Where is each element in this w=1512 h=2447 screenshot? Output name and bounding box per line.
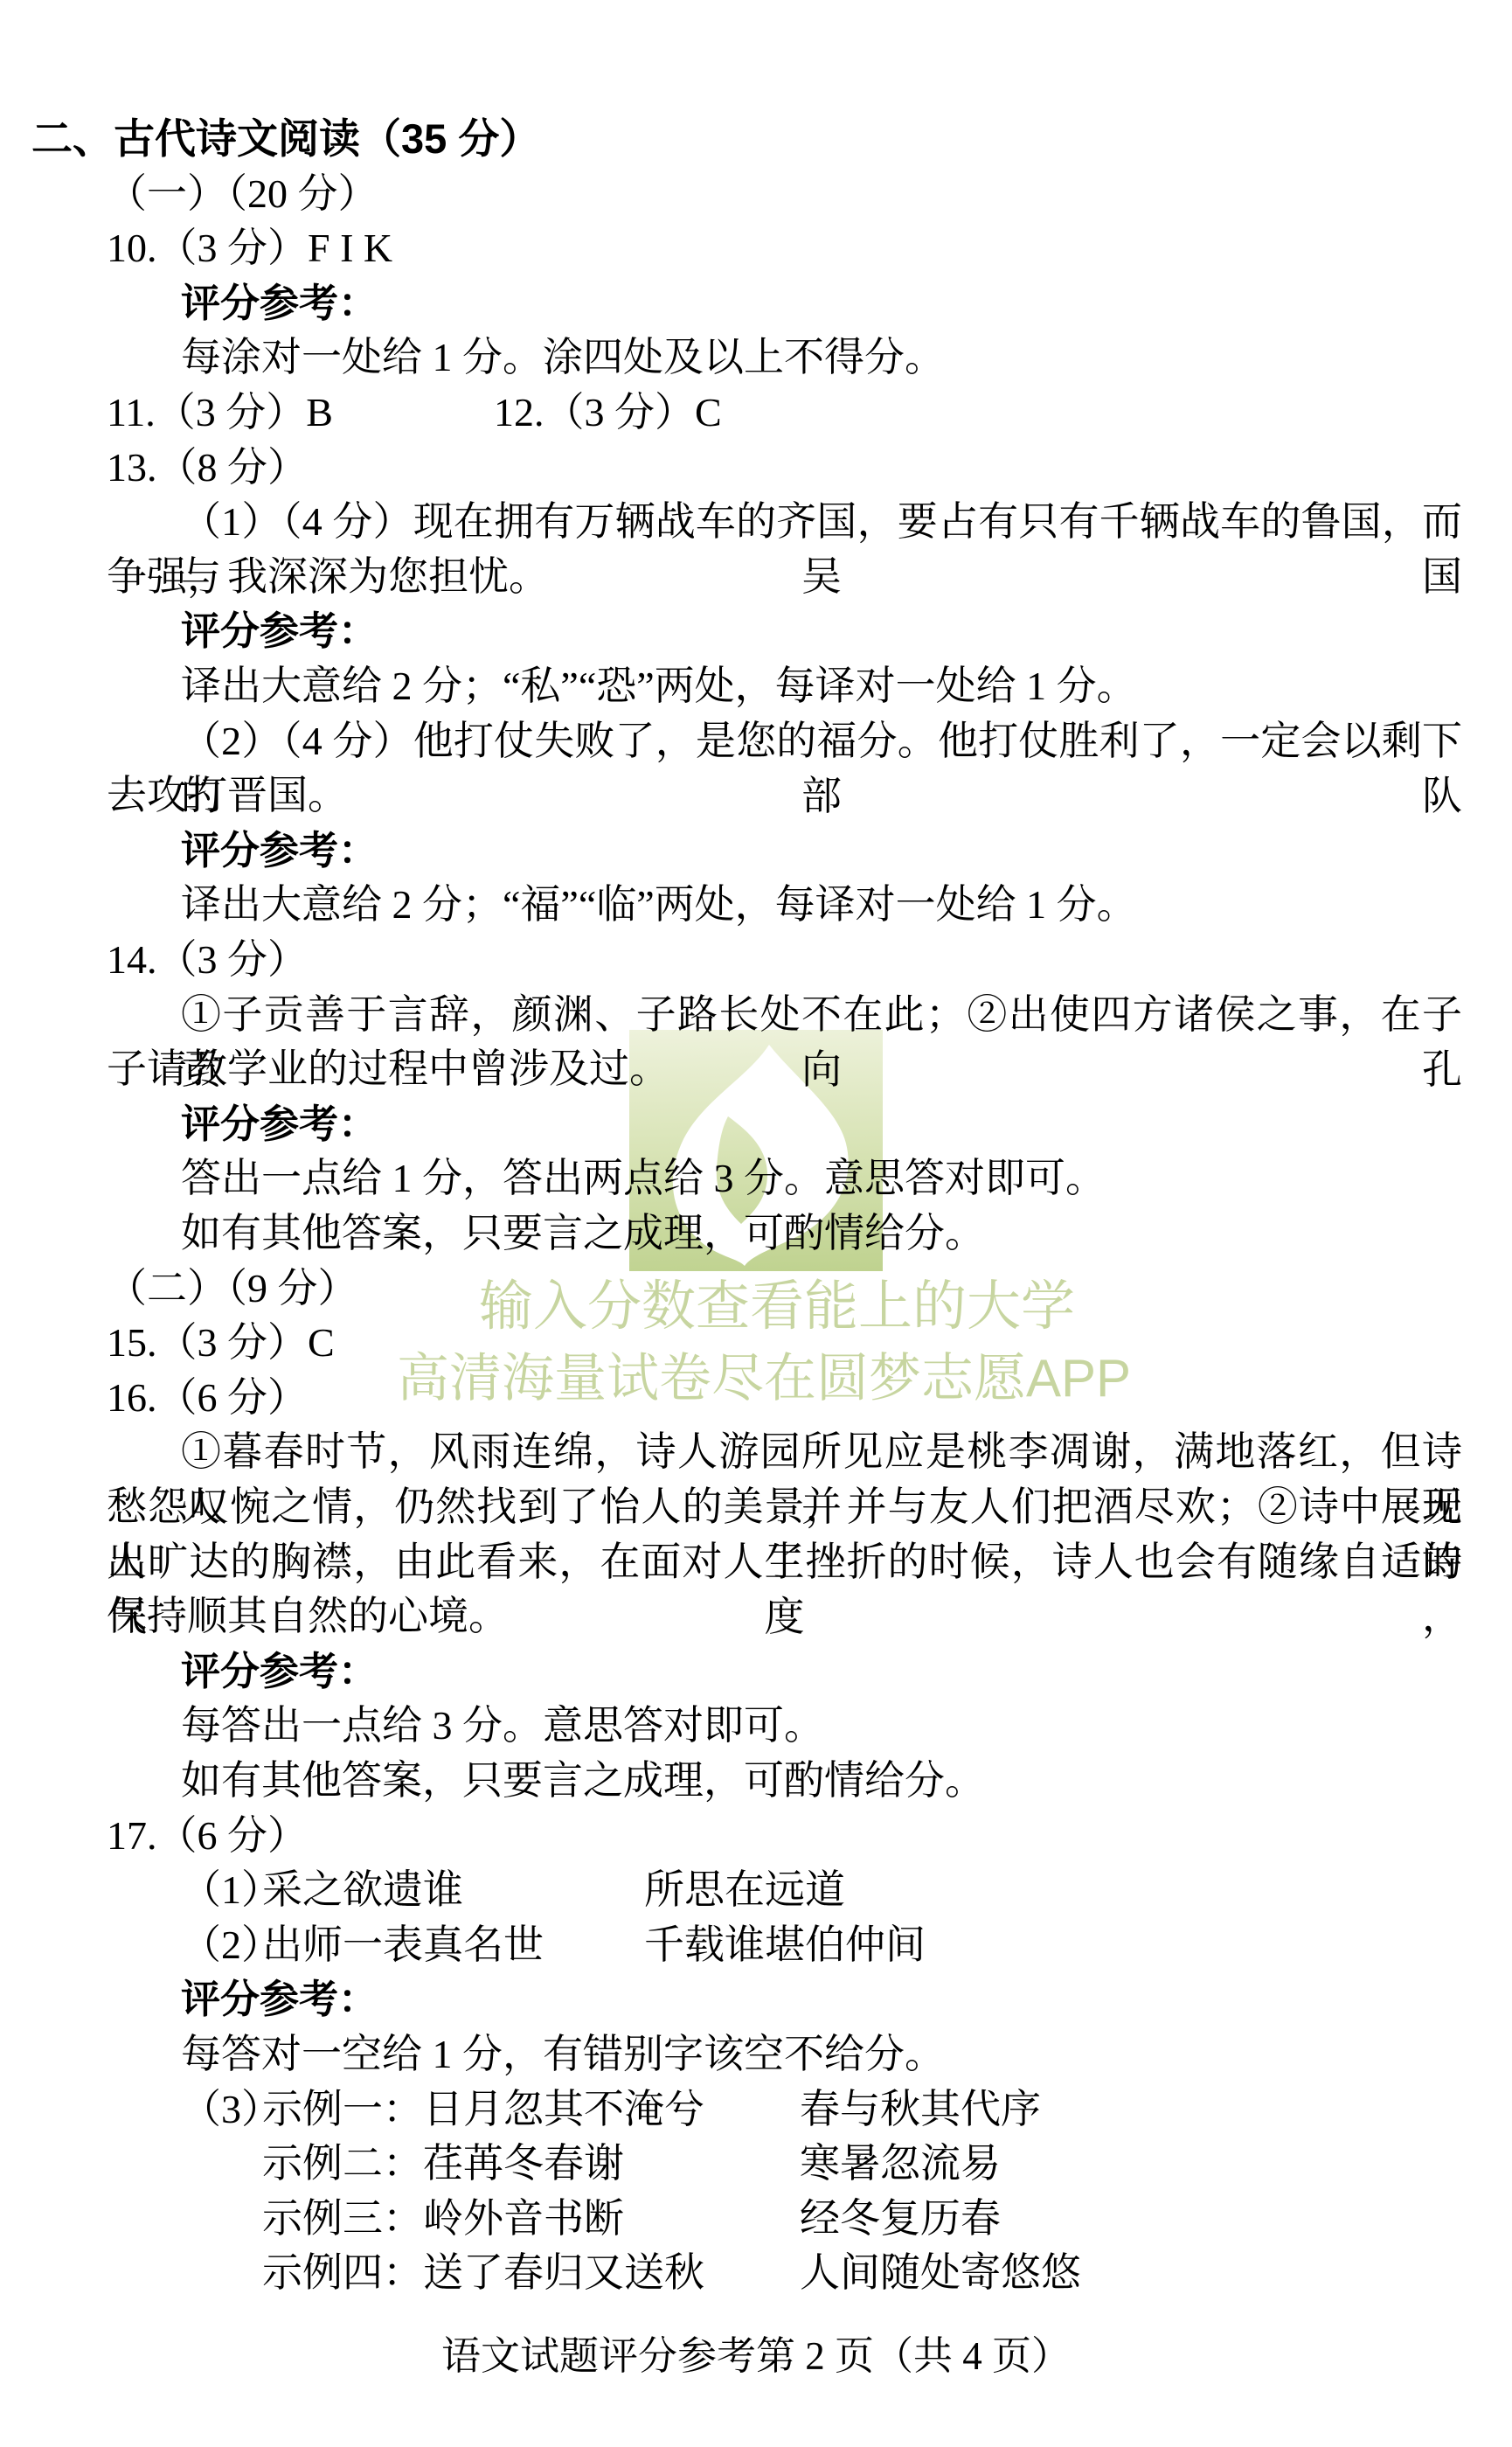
q13-header: 13.（8 分） (0, 440, 1512, 495)
q14-header: 14.（3 分） (0, 932, 1512, 987)
q13-1-answer-line-2: 争强，我深深为您担忧。 (0, 549, 1512, 604)
q13-1-answer-line-1: （1）（4 分）现在拥有万辆战车的齐国，要占有只有千辆战车的鲁国，而与吴国 (0, 494, 1512, 549)
q13-2-answer-line-2: 去攻打晋国。 (0, 768, 1512, 823)
page-footer: 语文试题评分参考第 2 页（共 4 页） (0, 2329, 1512, 2383)
q14-answer-line-1: ①子贡善于言辞，颜渊、子路长处不在此；②出使四方诸侯之事，在子贡向孔 (0, 987, 1512, 1042)
q16-answer-line-1: ①暮春时节，风雨连绵，诗人游园所见应是桃李凋谢，满地落红，但诗人并无 (0, 1424, 1512, 1479)
q16-scoring-note-1: 每答出一点给 3 分。意思答对即可。 (0, 1698, 1512, 1753)
q13-2-scoring-ref-label: 评分参考： (0, 823, 1512, 878)
q17-3-example-3: 示例三：岭外音书断 经冬复历春 (0, 2191, 1512, 2246)
q11-answer: 11.（3 分）B (107, 385, 333, 440)
q17-2-answer: （2） 出师一表真名世 千载谁堪伯仲间 (0, 1917, 1512, 1972)
q17-1-blank-2: 所思在远道 (644, 1862, 845, 1917)
document-content: 二、古代诗文阅读（35 分） （一）（20 分） 10.（3 分）F I K 评… (0, 0, 1512, 2447)
q17-3-example-1: （3） 示例一：日月忽其不淹兮 春与秋其代序 (0, 2082, 1512, 2137)
answer-key-page: 输入分数查看能上的大学 高清海量试卷尽在圆梦志愿APP 二、古代诗文阅读（35 … (0, 0, 1512, 2447)
q17-3-example-1-second: 春与秋其代序 (800, 2082, 1041, 2137)
q14-scoring-note-2: 如有其他答案，只要言之成理，可酌情给分。 (0, 1206, 1512, 1261)
q17-3-example-4: 示例四：送了春归又送秋 人间随处寄悠悠 (0, 2245, 1512, 2300)
q12-answer: 12.（3 分）C (494, 385, 722, 440)
q16-scoring-note-2: 如有其他答案，只要言之成理，可酌情给分。 (0, 1753, 1512, 1808)
part-one-label: （一）（20 分） (0, 166, 1512, 221)
q17-3-example-3-first: 示例三：岭外音书断 (262, 2191, 624, 2246)
q17-3-example-3-second: 经冬复历春 (800, 2191, 1001, 2246)
q14-answer-line-2: 子请教学业的过程中曾涉及过。 (0, 1041, 1512, 1096)
q14-scoring-note-1: 答出一点给 1 分，答出两点给 3 分。意思答对即可。 (0, 1151, 1512, 1206)
q17-3-example-2-second: 寒暑忽流易 (800, 2136, 1001, 2191)
q17-2-blank-1: 出师一表真名世 (262, 1917, 544, 1972)
q10-answer: 10.（3 分）F I K (0, 220, 1512, 275)
q17-3-example-2-first: 示例二：荏苒冬春谢 (262, 2136, 624, 2191)
q17-3-example-4-first: 示例四：送了春归又送秋 (262, 2245, 704, 2300)
part-two-label: （二）（9 分） (0, 1261, 1512, 1316)
q10-scoring-ref-label: 评分参考： (0, 275, 1512, 330)
q14-scoring-ref-label: 评分参考： (0, 1096, 1512, 1151)
q15-answer: 15.（3 分）C (0, 1315, 1512, 1370)
q17-3-example-2: 示例二：荏苒冬春谢 寒暑忽流易 (0, 2136, 1512, 2191)
q17-scoring-note: 每答对一空给 1 分，有错别字该空不给分。 (0, 2026, 1512, 2082)
q13-2-answer-line-1: （2）（4 分）他打仗失败了，是您的福分。他打仗胜利了，一定会以剩下的部队 (0, 713, 1512, 768)
section-heading: 二、古代诗文阅读（35 分） (0, 111, 1512, 166)
q17-2-blank-2: 千载谁堪伯仲间 (644, 1917, 926, 1972)
q10-scoring-note: 每涂对一处给 1 分。涂四处及以上不得分。 (0, 330, 1512, 385)
q11-q12-answers: 11.（3 分）B 12.（3 分）C (0, 385, 1512, 440)
q17-1-blank-1: 采之欲遗谁 (262, 1862, 463, 1917)
q13-2-scoring-note: 译出大意给 2 分；“福”“临”两处，每译对一处给 1 分。 (0, 877, 1512, 932)
q17-scoring-ref-label: 评分参考： (0, 1971, 1512, 2026)
q16-answer-line-3: 人旷达的胸襟，由此看来，在面对人生挫折的时候，诗人也会有随缘自适的气度， (0, 1534, 1512, 1589)
q17-3-example-1-first: 示例一：日月忽其不淹兮 (262, 2082, 704, 2137)
q17-1-answer: （1） 采之欲遗谁 所思在远道 (0, 1862, 1512, 1917)
q16-header: 16.（6 分） (0, 1370, 1512, 1425)
q16-answer-line-2: 愁怨叹惋之情，仍然找到了怡人的美景，并与友人们把酒尽欢；②诗中展现出了诗 (0, 1479, 1512, 1534)
q16-answer-line-4: 保持顺其自然的心境。 (0, 1588, 1512, 1644)
q13-1-scoring-ref-label: 评分参考： (0, 603, 1512, 658)
q17-header: 17.（6 分） (0, 1808, 1512, 1863)
q17-3-example-4-second: 人间随处寄悠悠 (800, 2245, 1081, 2300)
q16-scoring-ref-label: 评分参考： (0, 1644, 1512, 1699)
q13-1-scoring-note: 译出大意给 2 分；“私”“恐”两处，每译对一处给 1 分。 (0, 658, 1512, 713)
